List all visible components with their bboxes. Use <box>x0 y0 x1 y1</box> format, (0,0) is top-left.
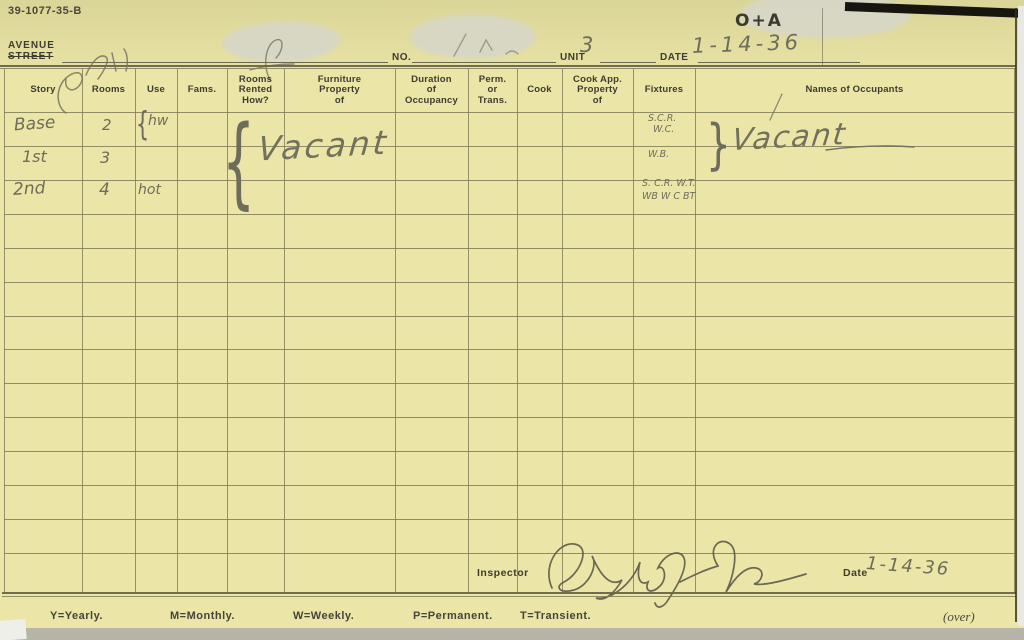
legend-monthly: M=Monthly. <box>170 610 235 622</box>
date-value-handwritten: 1-14-36 <box>692 30 803 58</box>
table-bottom-border-inner <box>2 596 1016 597</box>
footer-date-value-handwritten: 1-14-36 <box>865 553 951 580</box>
grid-line-horizontal <box>4 180 1014 181</box>
use-value-row3: hot <box>138 182 161 198</box>
unit-value-handwritten: 3 <box>580 33 593 57</box>
column-header: Fixtures <box>633 69 695 112</box>
scan-corner-bottom-left <box>0 619 27 640</box>
grid-line-vertical <box>135 69 136 592</box>
fold-line <box>822 8 823 66</box>
vacant-tail-stroke <box>826 142 916 154</box>
footer-date-label: Date <box>843 567 868 579</box>
inspector-signature <box>538 534 818 614</box>
rooms-value-row1: 2 <box>102 116 112 134</box>
grid-line-horizontal <box>4 519 1014 520</box>
oa-annotation-handwritten: O+A <box>735 11 783 31</box>
grid-line-horizontal <box>4 451 1014 452</box>
grid-line-horizontal <box>4 248 1014 249</box>
legend-weekly: W=Weekly. <box>293 610 354 622</box>
grid-line-vertical <box>177 69 178 592</box>
table-top-border <box>0 65 1016 67</box>
fixtures-row1: S.C.R. W.C. <box>648 113 676 136</box>
stray-pencil-stroke <box>766 92 786 122</box>
grid-line-horizontal <box>4 349 1014 350</box>
grid-line-horizontal <box>4 383 1014 384</box>
column-header: Furniture Property of <box>284 69 395 112</box>
column-header: Cook App. Property of <box>562 69 633 112</box>
grid-line-horizontal <box>4 282 1014 283</box>
grid-line-vertical <box>517 69 518 592</box>
inspector-label: Inspector <box>477 567 529 579</box>
fixtures-row1-line2: W.C. <box>653 124 676 135</box>
column-header: Duration of Occupancy <box>395 69 468 112</box>
fixtures-row1-line1: S.C.R. <box>648 113 676 124</box>
grid-line-vertical <box>468 69 469 592</box>
rows-group-brace: { <box>222 112 255 211</box>
column-header: Cook <box>517 69 562 112</box>
story-value-row3: 2nd <box>12 178 45 200</box>
fixtures-row2: W.B. <box>648 149 669 160</box>
no-label: NO. <box>392 52 411 63</box>
erased-pencil-marks <box>446 30 536 60</box>
table-bottom-border <box>2 592 1016 594</box>
legend-yearly: Y=Yearly. <box>50 610 103 622</box>
over-note: (over) <box>943 609 975 625</box>
fixtures-row3-line1: S. C.R. W.T. <box>642 178 696 191</box>
grid-line-vertical <box>4 69 5 592</box>
grid-line-horizontal <box>4 485 1014 486</box>
grid-line-vertical <box>633 69 634 592</box>
names-group-brace: } <box>706 118 731 173</box>
column-header: Fams. <box>177 69 227 112</box>
avenue-label: AVENUE <box>8 40 55 51</box>
fixtures-row3: S. C.R. W.T. WB W C BT <box>642 178 696 204</box>
address-rule <box>698 62 860 63</box>
grid-line-horizontal <box>4 417 1014 418</box>
column-header: Perm. or Trans. <box>468 69 517 112</box>
grid-line-horizontal <box>4 316 1014 317</box>
scanned-housing-record-card: 39-1077-35-B AVENUE STREET NO. UNIT DATE… <box>0 0 1024 640</box>
legend-permanent: P=Permanent. <box>413 610 493 622</box>
fixtures-row3-line2: WB W C BT <box>642 191 696 204</box>
rooms-value-row2: 3 <box>100 148 110 167</box>
address-rule <box>600 62 656 63</box>
legend-transient: T=Transient. <box>520 610 591 622</box>
story-value-row1: Base <box>13 113 56 136</box>
street-label-struck: STREET <box>8 51 53 62</box>
grid-line-vertical <box>695 69 696 592</box>
use-value-row1: hw <box>148 113 168 129</box>
story-value-row2: 1st <box>22 147 47 166</box>
grid-line-vertical <box>395 69 396 592</box>
grid-line-horizontal <box>4 214 1014 215</box>
form-number: 39-1077-35-B <box>8 5 82 17</box>
scan-margin-bottom <box>0 628 1024 640</box>
grid-line-horizontal <box>4 553 1014 554</box>
rooms-value-row3: 4 <box>99 180 110 200</box>
column-header: Names of Occupants <box>695 69 1014 112</box>
scan-margin-right <box>1018 6 1024 626</box>
address-rule <box>412 62 556 63</box>
card-right-edge <box>1015 8 1017 622</box>
date-label: DATE <box>660 52 688 63</box>
grid-line-vertical <box>82 69 83 592</box>
grid-line-vertical <box>562 69 563 592</box>
furniture-vacant-note: Vacant <box>256 122 390 168</box>
